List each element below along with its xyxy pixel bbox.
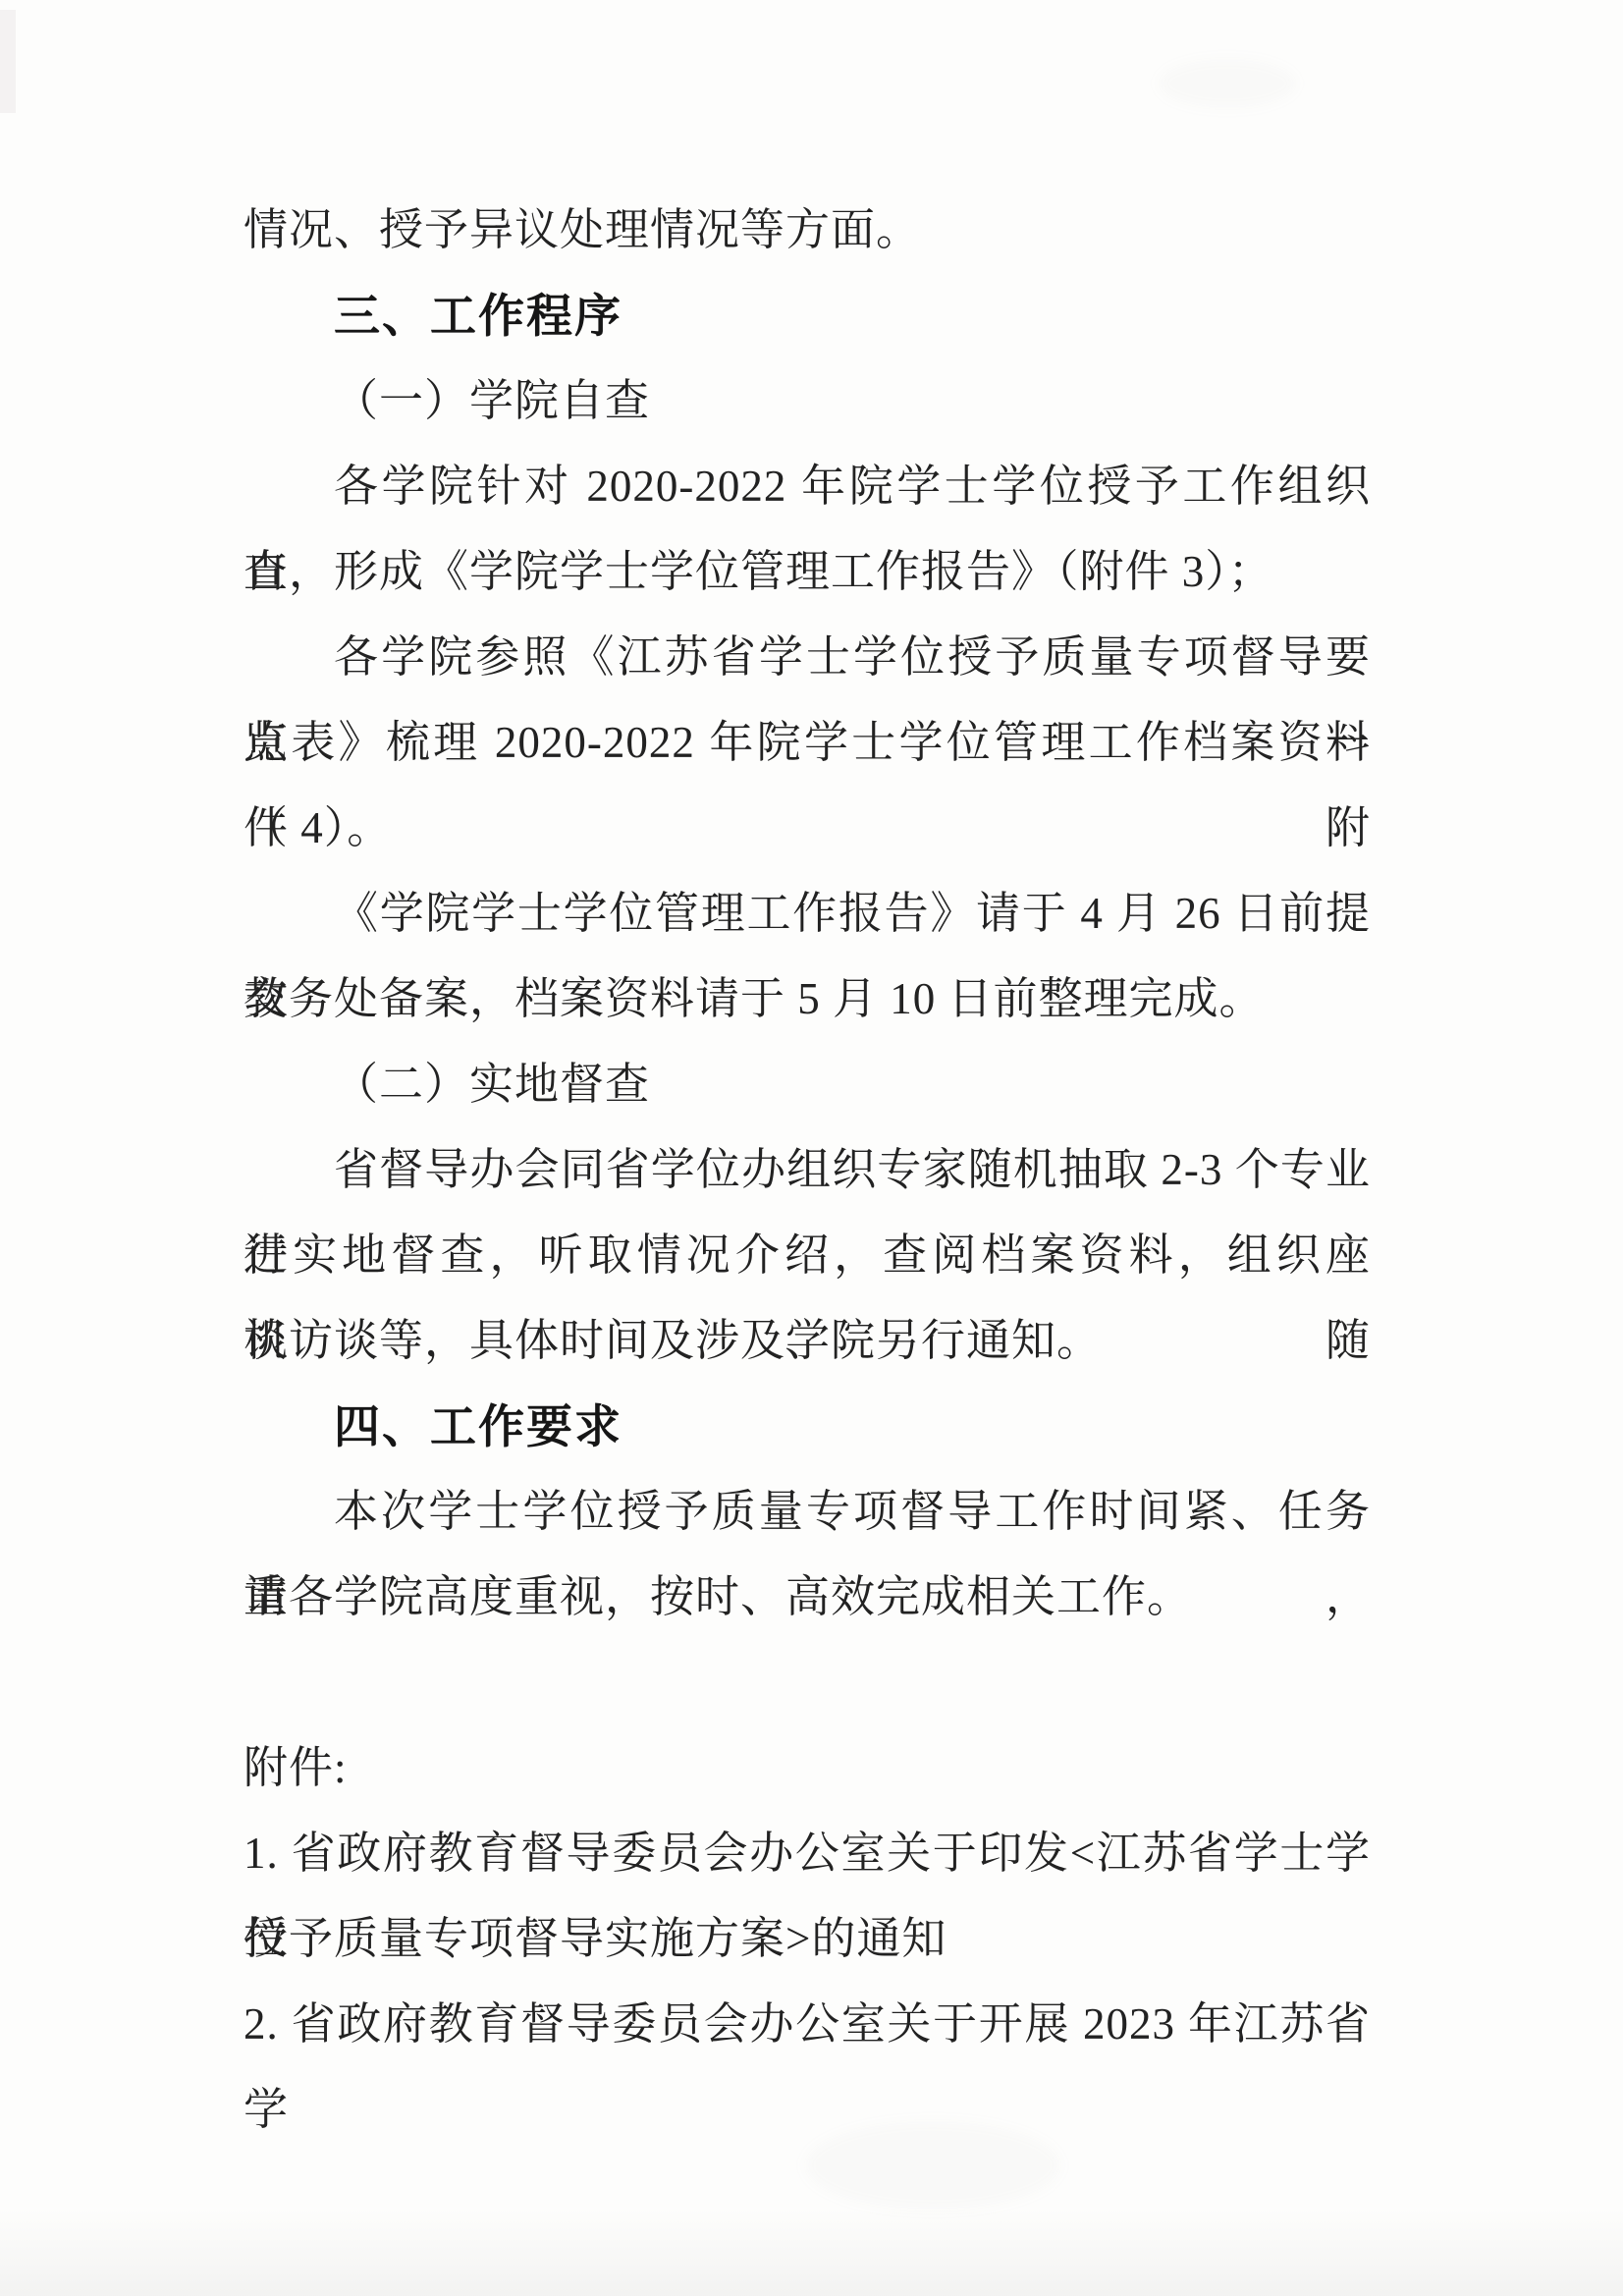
text-line: 2. 省政府教育督导委员会办公室关于开展 2023 年江苏省学 (243, 1982, 1371, 2067)
text-line: 查，形成《学院学士学位管理工作报告》（附件 3）； (243, 529, 1371, 615)
text-line: 行实地督查，听取情况介绍，查阅档案资料，组织座谈、随 (243, 1213, 1371, 1298)
text-line: （二）实地督查 (243, 1042, 1371, 1127)
text-line: 省督导办会同省学位办组织专家随机抽取 2-3 个专业进 (243, 1127, 1371, 1213)
text-line: 授予质量专项督导实施方案>的通知 (243, 1896, 1371, 1982)
document-body: 情况、授予异议处理情况等方面。三、工作程序（一）学院自查各学院针对 2020-2… (243, 188, 1371, 2067)
scan-smudge (1159, 59, 1296, 108)
text-line: 教务处备案，档案资料请于 5 月 10 日前整理完成。 (243, 957, 1371, 1042)
text-line: 1. 省政府教育督导委员会办公室关于印发<江苏省学士学位 (243, 1811, 1371, 1896)
text-line: 览表》梳理 2020-2022 年院学士学位管理工作档案资料（附 (243, 700, 1371, 786)
scan-shadow-bottom (0, 2208, 1623, 2296)
scanned-document-page: 情况、授予异议处理情况等方面。三、工作程序（一）学院自查各学院针对 2020-2… (0, 0, 1623, 2296)
text-line: （一）学院自查 (243, 358, 1371, 444)
text-line: 附件: (243, 1725, 1371, 1811)
scan-artifact-corner (0, 10, 16, 113)
section-heading: 三、工作程序 (243, 273, 1371, 358)
text-line: 《学院学士学位管理工作报告》请于 4 月 26 日前提交 (243, 871, 1371, 957)
text-line: 情况、授予异议处理情况等方面。 (243, 188, 1371, 273)
text-line: 本次学士学位授予质量专项督导工作时间紧、任务重， (243, 1469, 1371, 1555)
text-line: 各学院参照《江苏省学士学位授予质量专项督导要点一 (243, 615, 1371, 700)
scan-smudge (805, 2121, 1060, 2210)
section-heading: 四、工作要求 (243, 1384, 1371, 1469)
text-line: 各学院针对 2020-2022 年院学士学位授予工作组织自 (243, 444, 1371, 529)
